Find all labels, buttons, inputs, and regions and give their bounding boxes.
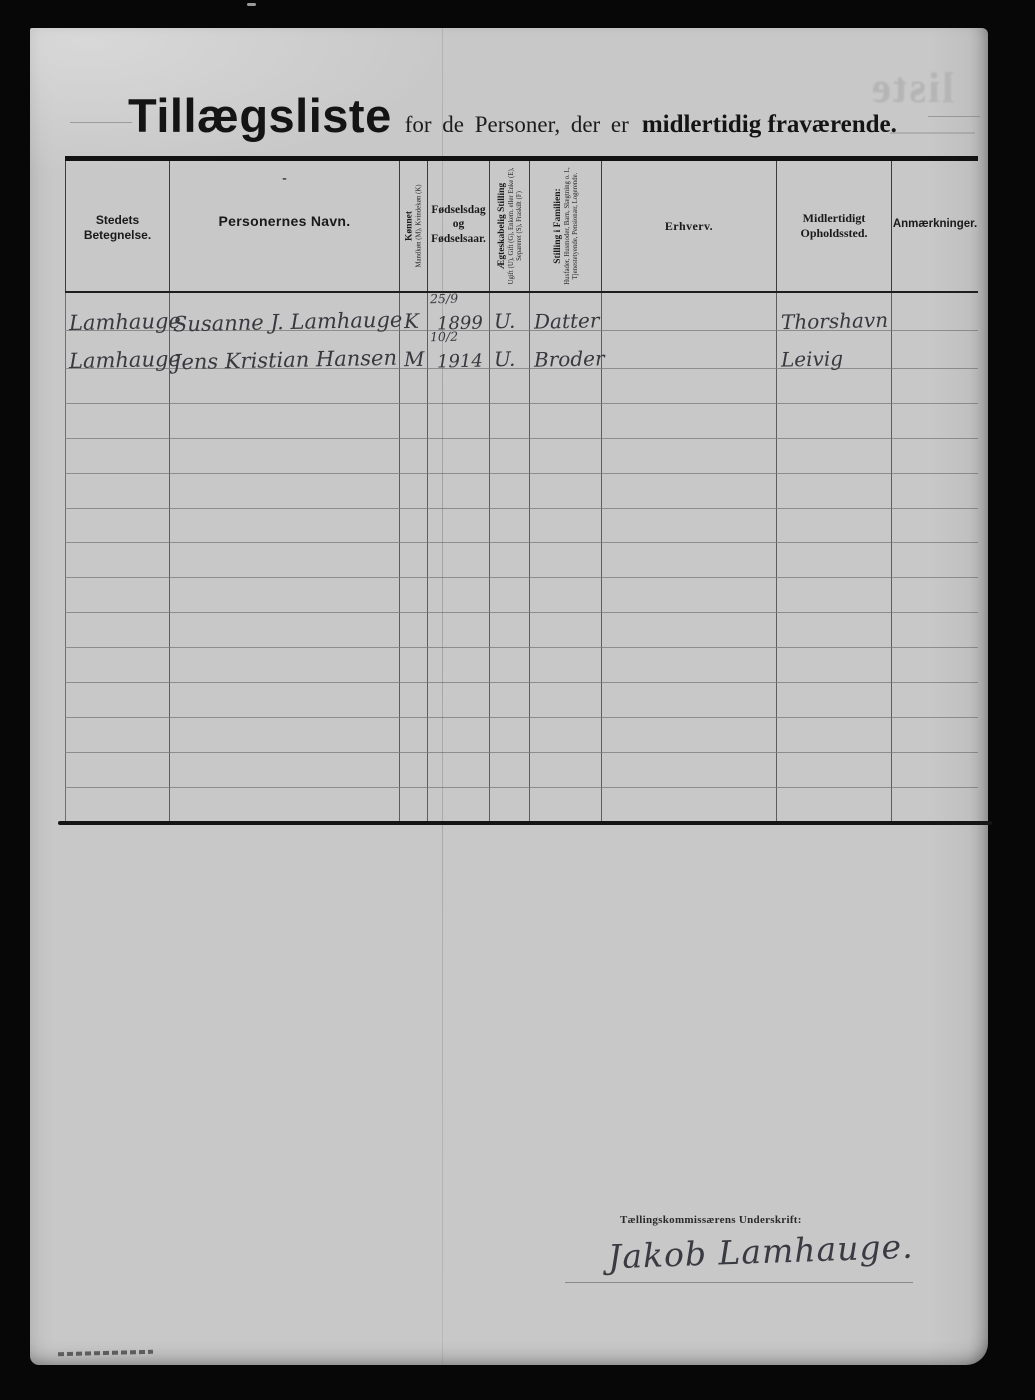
column-header-midlertidigt-opholdssted: Midlertidigt Opholdssted.	[777, 161, 892, 291]
cell-empty	[777, 474, 892, 509]
cell-empty	[530, 578, 602, 613]
cell-empty	[490, 718, 530, 753]
cell-empty	[428, 753, 490, 788]
cell-empty	[170, 439, 400, 474]
handwriting: M	[404, 347, 425, 371]
title-bold: midlertidig fraværende.	[642, 111, 897, 139]
cell-empty	[428, 474, 490, 509]
cell-empty	[777, 718, 892, 753]
cell-empty	[602, 439, 777, 474]
table-row-empty	[65, 718, 978, 753]
table-bottom-rule	[58, 821, 992, 825]
cell-empty	[400, 683, 428, 718]
cell-midlertidigt-opholdssted: Leivig	[777, 331, 892, 369]
cell-empty	[428, 718, 490, 753]
cell-empty	[530, 648, 602, 683]
cell-empty	[602, 718, 777, 753]
table-row-empty	[65, 648, 978, 683]
cell-empty	[530, 613, 602, 648]
cell-empty	[892, 578, 978, 613]
cell-koennet: K	[400, 293, 428, 331]
cell-empty	[602, 404, 777, 439]
paper: liste Tillægsliste for de Personer, der …	[30, 28, 988, 1365]
cell-empty	[490, 648, 530, 683]
cell-aegteskabelig-stilling: U.	[490, 293, 530, 331]
column-header-personernes-navn: - Personernes Navn.	[170, 161, 400, 291]
signature: Jakob Lamhauge.	[607, 1227, 914, 1277]
cell-empty	[490, 369, 530, 404]
cell-personernes-navn: Susanne J. Lamhauge	[170, 293, 400, 331]
column-header-stilling-i-familien: Stilling i Familien: Husfader, Husmoder,…	[530, 161, 602, 291]
cell-empty	[602, 369, 777, 404]
cell-empty	[65, 543, 170, 578]
cell-empty	[65, 753, 170, 788]
cell-empty	[777, 509, 892, 544]
cell-empty	[170, 543, 400, 578]
cell-empty	[490, 613, 530, 648]
table-header-row: Stedets Betegnelse. - Personernes Navn. …	[65, 156, 978, 293]
cell-empty	[428, 543, 490, 578]
cell-empty	[602, 683, 777, 718]
column-header-erhverv: Erhverv.	[602, 161, 777, 291]
cell-empty	[777, 369, 892, 404]
cell-empty	[400, 788, 428, 823]
cell-empty	[530, 718, 602, 753]
cell-stilling-i-familien: Broder	[530, 331, 602, 369]
cell-koennet: M	[400, 331, 428, 369]
cell-personernes-navn: Jens Kristian Hansen	[170, 331, 400, 369]
header-dash-mark: -	[170, 171, 399, 187]
scan-speck	[247, 3, 256, 6]
table-row-empty	[65, 404, 978, 439]
cell-empty	[490, 404, 530, 439]
scan-artifact-line	[890, 132, 975, 134]
cell-empty	[530, 788, 602, 823]
cell-empty	[170, 404, 400, 439]
column-header-anmaerkninger: Anmærkninger.	[892, 161, 978, 291]
cell-empty	[400, 474, 428, 509]
table-row-empty	[65, 474, 978, 509]
cell-empty	[777, 683, 892, 718]
cell-empty	[428, 509, 490, 544]
cell-empty	[602, 788, 777, 823]
cell-empty	[65, 474, 170, 509]
handwriting: K	[404, 309, 419, 333]
cell-empty	[400, 718, 428, 753]
cell-empty	[777, 753, 892, 788]
cell-empty	[170, 369, 400, 404]
cell-empty	[170, 648, 400, 683]
cell-empty	[490, 543, 530, 578]
cell-empty	[490, 788, 530, 823]
cell-midlertidigt-opholdssted: Thorshavn	[777, 293, 892, 331]
cell-empty	[400, 439, 428, 474]
document-title: Tillægsliste for de Personer, der er mid…	[128, 88, 897, 143]
cell-empty	[892, 369, 978, 404]
cell-empty	[892, 718, 978, 753]
cell-empty	[602, 543, 777, 578]
cell-empty	[530, 543, 602, 578]
cell-empty	[777, 648, 892, 683]
printer-mark	[58, 1350, 153, 1356]
cell-empty	[530, 369, 602, 404]
cell-empty	[400, 404, 428, 439]
cell-empty	[892, 474, 978, 509]
handwriting: U.	[494, 309, 516, 333]
title-main: Tillægsliste	[128, 88, 392, 143]
table-row-empty	[65, 683, 978, 718]
cell-empty	[428, 369, 490, 404]
handwriting: Leivig	[781, 346, 844, 371]
cell-empty	[65, 404, 170, 439]
cell-empty	[602, 753, 777, 788]
cell-empty	[170, 718, 400, 753]
cell-stedets-betegnelse: Lamhauge	[65, 331, 170, 369]
cell-empty	[65, 788, 170, 823]
cell-erhverv	[602, 331, 777, 369]
handwriting: 25/9	[430, 291, 458, 307]
cell-empty	[170, 788, 400, 823]
table-row-empty	[65, 578, 978, 613]
cell-empty	[892, 543, 978, 578]
cell-empty	[428, 439, 490, 474]
cell-empty	[170, 578, 400, 613]
cell-empty	[428, 683, 490, 718]
cell-empty	[490, 439, 530, 474]
cell-empty	[428, 788, 490, 823]
cell-empty	[602, 613, 777, 648]
cell-empty	[65, 613, 170, 648]
cell-empty	[777, 788, 892, 823]
table-row: Lamhauge Jens Kristian Hansen M 10/2 191…	[65, 331, 978, 369]
cell-empty	[602, 509, 777, 544]
cell-empty	[490, 683, 530, 718]
cell-empty	[777, 543, 892, 578]
scan-artifact-line	[70, 122, 132, 123]
cell-empty	[400, 369, 428, 404]
cell-empty	[400, 543, 428, 578]
table-row-empty	[65, 753, 978, 788]
scan-artifact-line	[928, 116, 980, 117]
cell-empty	[490, 753, 530, 788]
cell-empty	[892, 683, 978, 718]
column-header-koennet: Kønnet Mandkøn (M), Kvindekøn (K)	[400, 161, 428, 291]
cell-stilling-i-familien: Datter	[530, 293, 602, 331]
cell-empty	[65, 439, 170, 474]
cell-anmaerkninger	[892, 293, 978, 331]
cell-empty	[428, 578, 490, 613]
cell-empty	[602, 474, 777, 509]
cell-foedselsdag: 25/9 1899	[428, 293, 490, 331]
cell-empty	[530, 509, 602, 544]
table-row-empty	[65, 613, 978, 648]
cell-empty	[530, 683, 602, 718]
handwriting: Broder	[534, 346, 605, 371]
cell-empty	[490, 509, 530, 544]
cell-empty	[892, 788, 978, 823]
cell-empty	[892, 613, 978, 648]
cell-empty	[490, 578, 530, 613]
cell-empty	[777, 404, 892, 439]
cell-empty	[65, 718, 170, 753]
table-row-empty	[65, 788, 978, 823]
cell-stedets-betegnelse: Lamhauge	[65, 293, 170, 331]
cell-empty	[892, 509, 978, 544]
column-header-foedselsdag: Fødselsdag og Fødselsaar.	[428, 161, 490, 291]
handwriting: 10/2	[430, 329, 458, 345]
signature-label: Tællingskommissærens Underskrift:	[620, 1214, 802, 1226]
cell-aegteskabelig-stilling: U.	[490, 331, 530, 369]
cell-empty	[428, 404, 490, 439]
cell-anmaerkninger	[892, 331, 978, 369]
census-table: Stedets Betegnelse. - Personernes Navn. …	[65, 156, 978, 823]
table-row-empty	[65, 369, 978, 404]
cell-erhverv	[602, 293, 777, 331]
cell-empty	[400, 613, 428, 648]
handwriting: Datter	[534, 308, 600, 333]
cell-empty	[65, 648, 170, 683]
cell-foedselsdag: 10/2 1914	[428, 331, 490, 369]
cell-empty	[170, 753, 400, 788]
cell-empty	[428, 648, 490, 683]
cell-empty	[602, 648, 777, 683]
title-mid: for de Personer, der er	[405, 112, 629, 138]
cell-empty	[65, 683, 170, 718]
cell-empty	[530, 439, 602, 474]
scanned-page: liste Tillægsliste for de Personer, der …	[0, 0, 1035, 1400]
table-body: Lamhauge Susanne J. Lamhauge K 25/9 1899…	[65, 293, 978, 823]
cell-empty	[892, 439, 978, 474]
cell-empty	[400, 753, 428, 788]
cell-empty	[400, 648, 428, 683]
cell-empty	[170, 474, 400, 509]
cell-empty	[530, 753, 602, 788]
cell-empty	[400, 509, 428, 544]
cell-empty	[490, 474, 530, 509]
cell-empty	[892, 404, 978, 439]
cell-empty	[65, 578, 170, 613]
table-row-empty	[65, 509, 978, 544]
column-header-aegteskabelig-stilling: Ægteskabelig Stilling Ugift (U), Gift (G…	[490, 161, 530, 291]
cell-empty	[777, 613, 892, 648]
cell-empty	[892, 753, 978, 788]
table-row: Lamhauge Susanne J. Lamhauge K 25/9 1899…	[65, 293, 978, 331]
cell-empty	[65, 509, 170, 544]
cell-empty	[602, 578, 777, 613]
cell-empty	[400, 578, 428, 613]
cell-empty	[530, 404, 602, 439]
cell-empty	[65, 369, 170, 404]
cell-empty	[892, 648, 978, 683]
cell-empty	[777, 439, 892, 474]
cell-empty	[170, 509, 400, 544]
signature-underline	[565, 1282, 913, 1283]
table-row-empty	[65, 543, 978, 578]
column-header-stedets-betegnelse: Stedets Betegnelse.	[65, 161, 170, 291]
cell-empty	[170, 613, 400, 648]
cell-empty	[530, 474, 602, 509]
table-row-empty	[65, 439, 978, 474]
cell-empty	[170, 683, 400, 718]
cell-empty	[428, 613, 490, 648]
cell-empty	[777, 578, 892, 613]
handwriting: U.	[494, 347, 516, 371]
